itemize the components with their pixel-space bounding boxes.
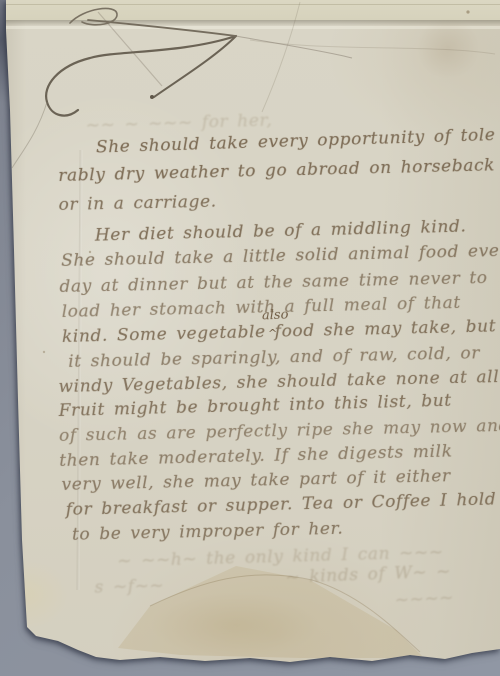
- letter-scan: ~~ ~ ~~~ for her,She should take every o…: [0, 0, 500, 676]
- handwriting-line: day at dinner but at the same time never…: [59, 268, 488, 297]
- paper-shadow: ~~ ~ ~~~ for her,She should take every o…: [0, 0, 500, 676]
- faded-handwriting-line: ~~~~: [394, 588, 454, 611]
- handwriting-line: to be very improper for her.: [72, 519, 344, 545]
- handwriting-line: She should take a little solid animal fo…: [61, 241, 500, 271]
- faded-handwriting-line: s ~f~~: [94, 576, 164, 598]
- handwriting-line: or in a carriage.: [58, 192, 217, 215]
- handwriting-line: rably dry weather to go abroad on horseb…: [58, 155, 495, 186]
- handwriting-line: it should be sparingly, and of raw, cold…: [68, 343, 480, 372]
- handwriting-lines: ~~ ~ ~~~ for her,She should take every o…: [0, 0, 500, 676]
- inserted-word: also: [262, 308, 289, 324]
- handwriting-line: for breakfast or supper. Tea or Coffee I…: [66, 489, 497, 520]
- letter-page: ~~ ~ ~~~ for her,She should take every o…: [0, 0, 500, 676]
- handwriting-line: very well, she may take part of it eithe…: [61, 466, 451, 495]
- insertion-caret-mark: ^: [268, 327, 277, 340]
- handwriting-line: Her diet should be of a middling kind.: [95, 217, 467, 246]
